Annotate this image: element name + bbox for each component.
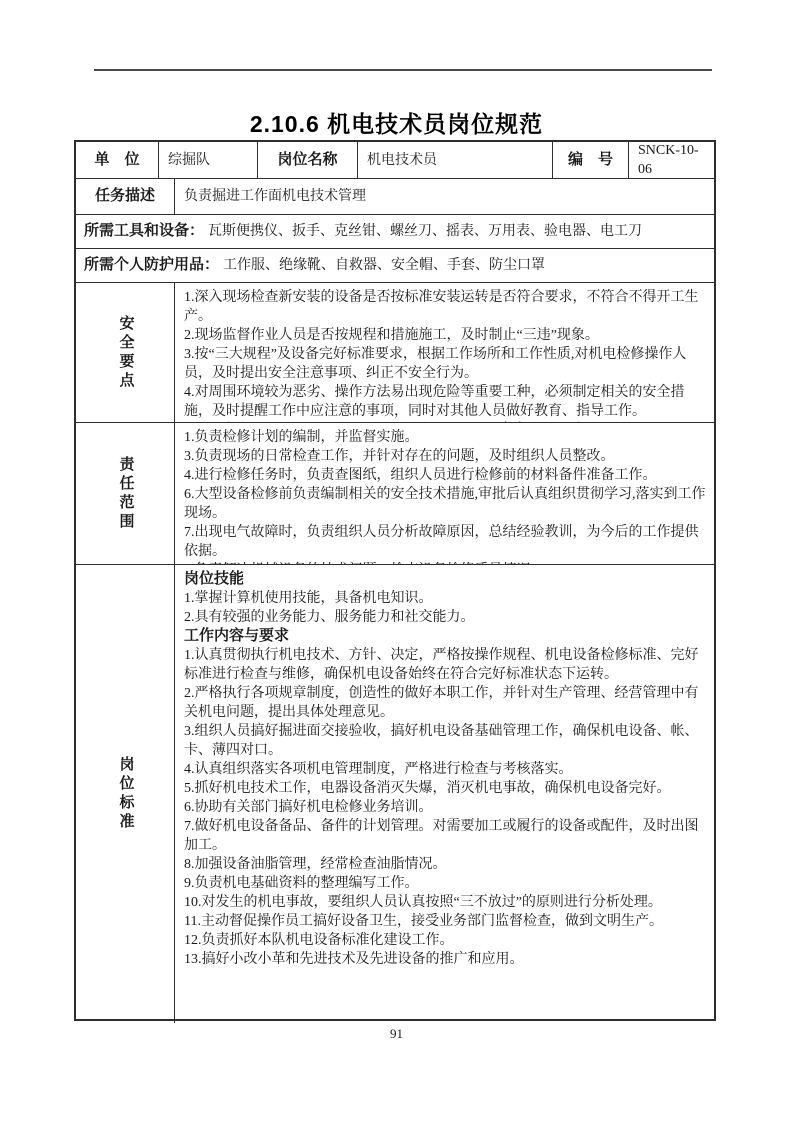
list-item: 1.认真贯彻执行机电技术、方针、决定，严格按操作规程、机电设备检修标准、完好标准… bbox=[184, 646, 706, 684]
list-item: 4.认真组织落实各项机电管理制度，严格进行检查与考核落实。 bbox=[184, 760, 706, 779]
number-value: SNCK-10-06 bbox=[628, 142, 714, 178]
list-item: 3.负责现场的日常检查工作，并针对存在的问题，及时组织人员整改。 bbox=[184, 447, 706, 466]
list-item: 2.现场监督作业人员是否按规程和措施施工，及时制止“三违”现象。 bbox=[184, 326, 706, 345]
safety-label: 安全要点 bbox=[116, 315, 135, 391]
table-row-ppe: 所需个人防护用品： 工作服、绝缘靴、自救器、安全帽、手套、防尘口罩 bbox=[76, 248, 714, 282]
responsibility-label: 责任范围 bbox=[116, 456, 135, 532]
list-item: 4.对周围环境较为恶劣、操作方法易出现危险等重要工种，必须制定相关的安全措施，及… bbox=[184, 383, 706, 421]
table-row-task: 任务描述 负责掘进工作面机电技术管理 bbox=[76, 178, 714, 214]
tools-label: 所需工具和设备： bbox=[84, 222, 204, 241]
header-rule bbox=[94, 69, 712, 71]
list-item: 3.按“三大规程”及设备完好标准要求，根据工作场所和工作性质,对机电检修操作人员… bbox=[184, 345, 706, 383]
list-item: 6.协助有关部门搞好机电检修业务培训。 bbox=[184, 798, 706, 817]
standard-content: 岗位技能 1.掌握计算机使用技能，具备机电知识。2.具有较强的业务能力、服务能力… bbox=[174, 565, 714, 1023]
table-row-safety: 安全要点 1.深入现场检查新安装的设备是否按标准安装运转是否符合要求，不符合不得… bbox=[76, 282, 714, 422]
tools-cell: 所需工具和设备： 瓦斯便携仪、扳手、克丝钳、螺丝刀、摇表、万用表、验电器、电工刀 bbox=[76, 215, 714, 248]
list-item: 1.掌握计算机使用技能，具备机电知识。 bbox=[184, 589, 706, 608]
list-item: 1.深入现场检查新安装的设备是否按标准安装运转是否符合要求，不符合不得开工生产。 bbox=[184, 288, 706, 326]
list-item: 7.出现电气故障时，负责组织人员分析故障原因，总结经验教训，为今后的工作提供依据… bbox=[184, 523, 706, 561]
standard-label: 岗位标准 bbox=[116, 756, 135, 832]
skills-heading: 岗位技能 bbox=[184, 570, 706, 589]
document-page: 2.10.6 机电技术员岗位规范 单 位 综掘队 岗位名称 机电技术员 编 号 … bbox=[0, 0, 793, 1122]
ppe-label: 所需个人防护用品： bbox=[84, 256, 219, 275]
list-item: 2.严格执行各项规章制度，创造性的做好本职工作，并针对生产管理、经营管理中有关机… bbox=[184, 684, 706, 722]
safety-label-cell: 安全要点 bbox=[76, 283, 174, 422]
job-spec-table: 单 位 综掘队 岗位名称 机电技术员 编 号 SNCK-10-06 任务描述 负… bbox=[74, 140, 716, 1021]
list-item: 11.主动督促操作员工搞好设备卫生，接受业务部门监督检查，做到文明生产。 bbox=[184, 912, 706, 931]
list-item: 5.对违章蛮干的人员有权停止作业，并及时向队长汇报提出处理意见。 bbox=[184, 421, 706, 422]
list-item: 13.搞好小改小革和先进技术及先进设备的推广和应用。 bbox=[184, 950, 706, 969]
list-item: 9.负责机电基础资料的整理编写工作。 bbox=[184, 874, 706, 893]
table-row-tools: 所需工具和设备： 瓦斯便携仪、扳手、克丝钳、螺丝刀、摇表、万用表、验电器、电工刀 bbox=[76, 214, 714, 248]
table-row-responsibility: 责任范围 1.负责检修计划的编制，并监督实施。3.负责现场的日常检查工作，并针对… bbox=[76, 422, 714, 564]
standard-label-cell: 岗位标准 bbox=[76, 565, 174, 1023]
table-row-standard: 岗位标准 岗位技能 1.掌握计算机使用技能，具备机电知识。2.具有较强的业务能力… bbox=[76, 564, 714, 1023]
list-item: 12.负责抓好本队机电设备标准化建设工作。 bbox=[184, 931, 706, 950]
list-item: 3.组织人员搞好掘进面交接验收，搞好机电设备基础管理工作，确保机电设备、帐、卡、… bbox=[184, 722, 706, 760]
unit-label: 单 位 bbox=[76, 142, 158, 178]
list-item: 5.抓好机电技术工作，电器设备消灭失爆，消灭机电事故，确保机电设备完好。 bbox=[184, 779, 706, 798]
unit-value: 综掘队 bbox=[158, 142, 257, 178]
list-item: 10.对发生的机电事故，要组织人员认真按照“三不放过”的原则进行分析处理。 bbox=[184, 893, 706, 912]
list-item: 6.大型设备检修前负责编制相关的安全技术措施,审批后认真组织贯彻学习,落实到工作… bbox=[184, 485, 706, 523]
position-name-label: 岗位名称 bbox=[257, 142, 357, 178]
page-title: 2.10.6 机电技术员岗位规范 bbox=[0, 106, 793, 139]
ppe-cell: 所需个人防护用品： 工作服、绝缘靴、自救器、安全帽、手套、防尘口罩 bbox=[76, 249, 714, 282]
list-item: 8.负责解决机械设备的技术问题，检查设备检修质量情况。 bbox=[184, 561, 706, 564]
list-item: 7.做好机电设备备品、备件的计划管理。对需要加工或履行的设备或配件，及时出图加工… bbox=[184, 817, 706, 855]
responsibility-items: 1.负责检修计划的编制，并监督实施。3.负责现场的日常检查工作，并针对存在的问题… bbox=[174, 423, 714, 564]
task-description-value: 负责掘进工作面机电技术管理 bbox=[174, 179, 714, 214]
work-items: 1.认真贯彻执行机电技术、方针、决定，严格按操作规程、机电设备检修标准、完好标准… bbox=[184, 646, 706, 969]
skills-items: 1.掌握计算机使用技能，具备机电知识。2.具有较强的业务能力、服务能力和社交能力… bbox=[184, 589, 706, 627]
responsibility-label-cell: 责任范围 bbox=[76, 423, 174, 564]
position-name-value: 机电技术员 bbox=[357, 142, 552, 178]
table-row-header: 单 位 综掘队 岗位名称 机电技术员 编 号 SNCK-10-06 bbox=[76, 142, 714, 178]
task-description-label: 任务描述 bbox=[76, 179, 174, 214]
safety-items: 1.深入现场检查新安装的设备是否按标准安装运转是否符合要求，不符合不得开工生产。… bbox=[174, 283, 714, 422]
ppe-value: 工作服、绝缘靴、自救器、安全帽、手套、防尘口罩 bbox=[223, 256, 545, 275]
list-item: 1.负责检修计划的编制，并监督实施。 bbox=[184, 428, 706, 447]
list-item: 2.具有较强的业务能力、服务能力和社交能力。 bbox=[184, 608, 706, 627]
page-number: 91 bbox=[0, 1026, 793, 1042]
work-heading: 工作内容与要求 bbox=[184, 627, 706, 646]
list-item: 4.进行检修任务时，负责查图纸，组织人员进行检修前的材料备件准备工作。 bbox=[184, 466, 706, 485]
number-label: 编 号 bbox=[552, 142, 628, 178]
tools-value: 瓦斯便携仪、扳手、克丝钳、螺丝刀、摇表、万用表、验电器、电工刀 bbox=[208, 222, 642, 241]
list-item: 8.加强设备油脂管理，经常检查油脂情况。 bbox=[184, 855, 706, 874]
